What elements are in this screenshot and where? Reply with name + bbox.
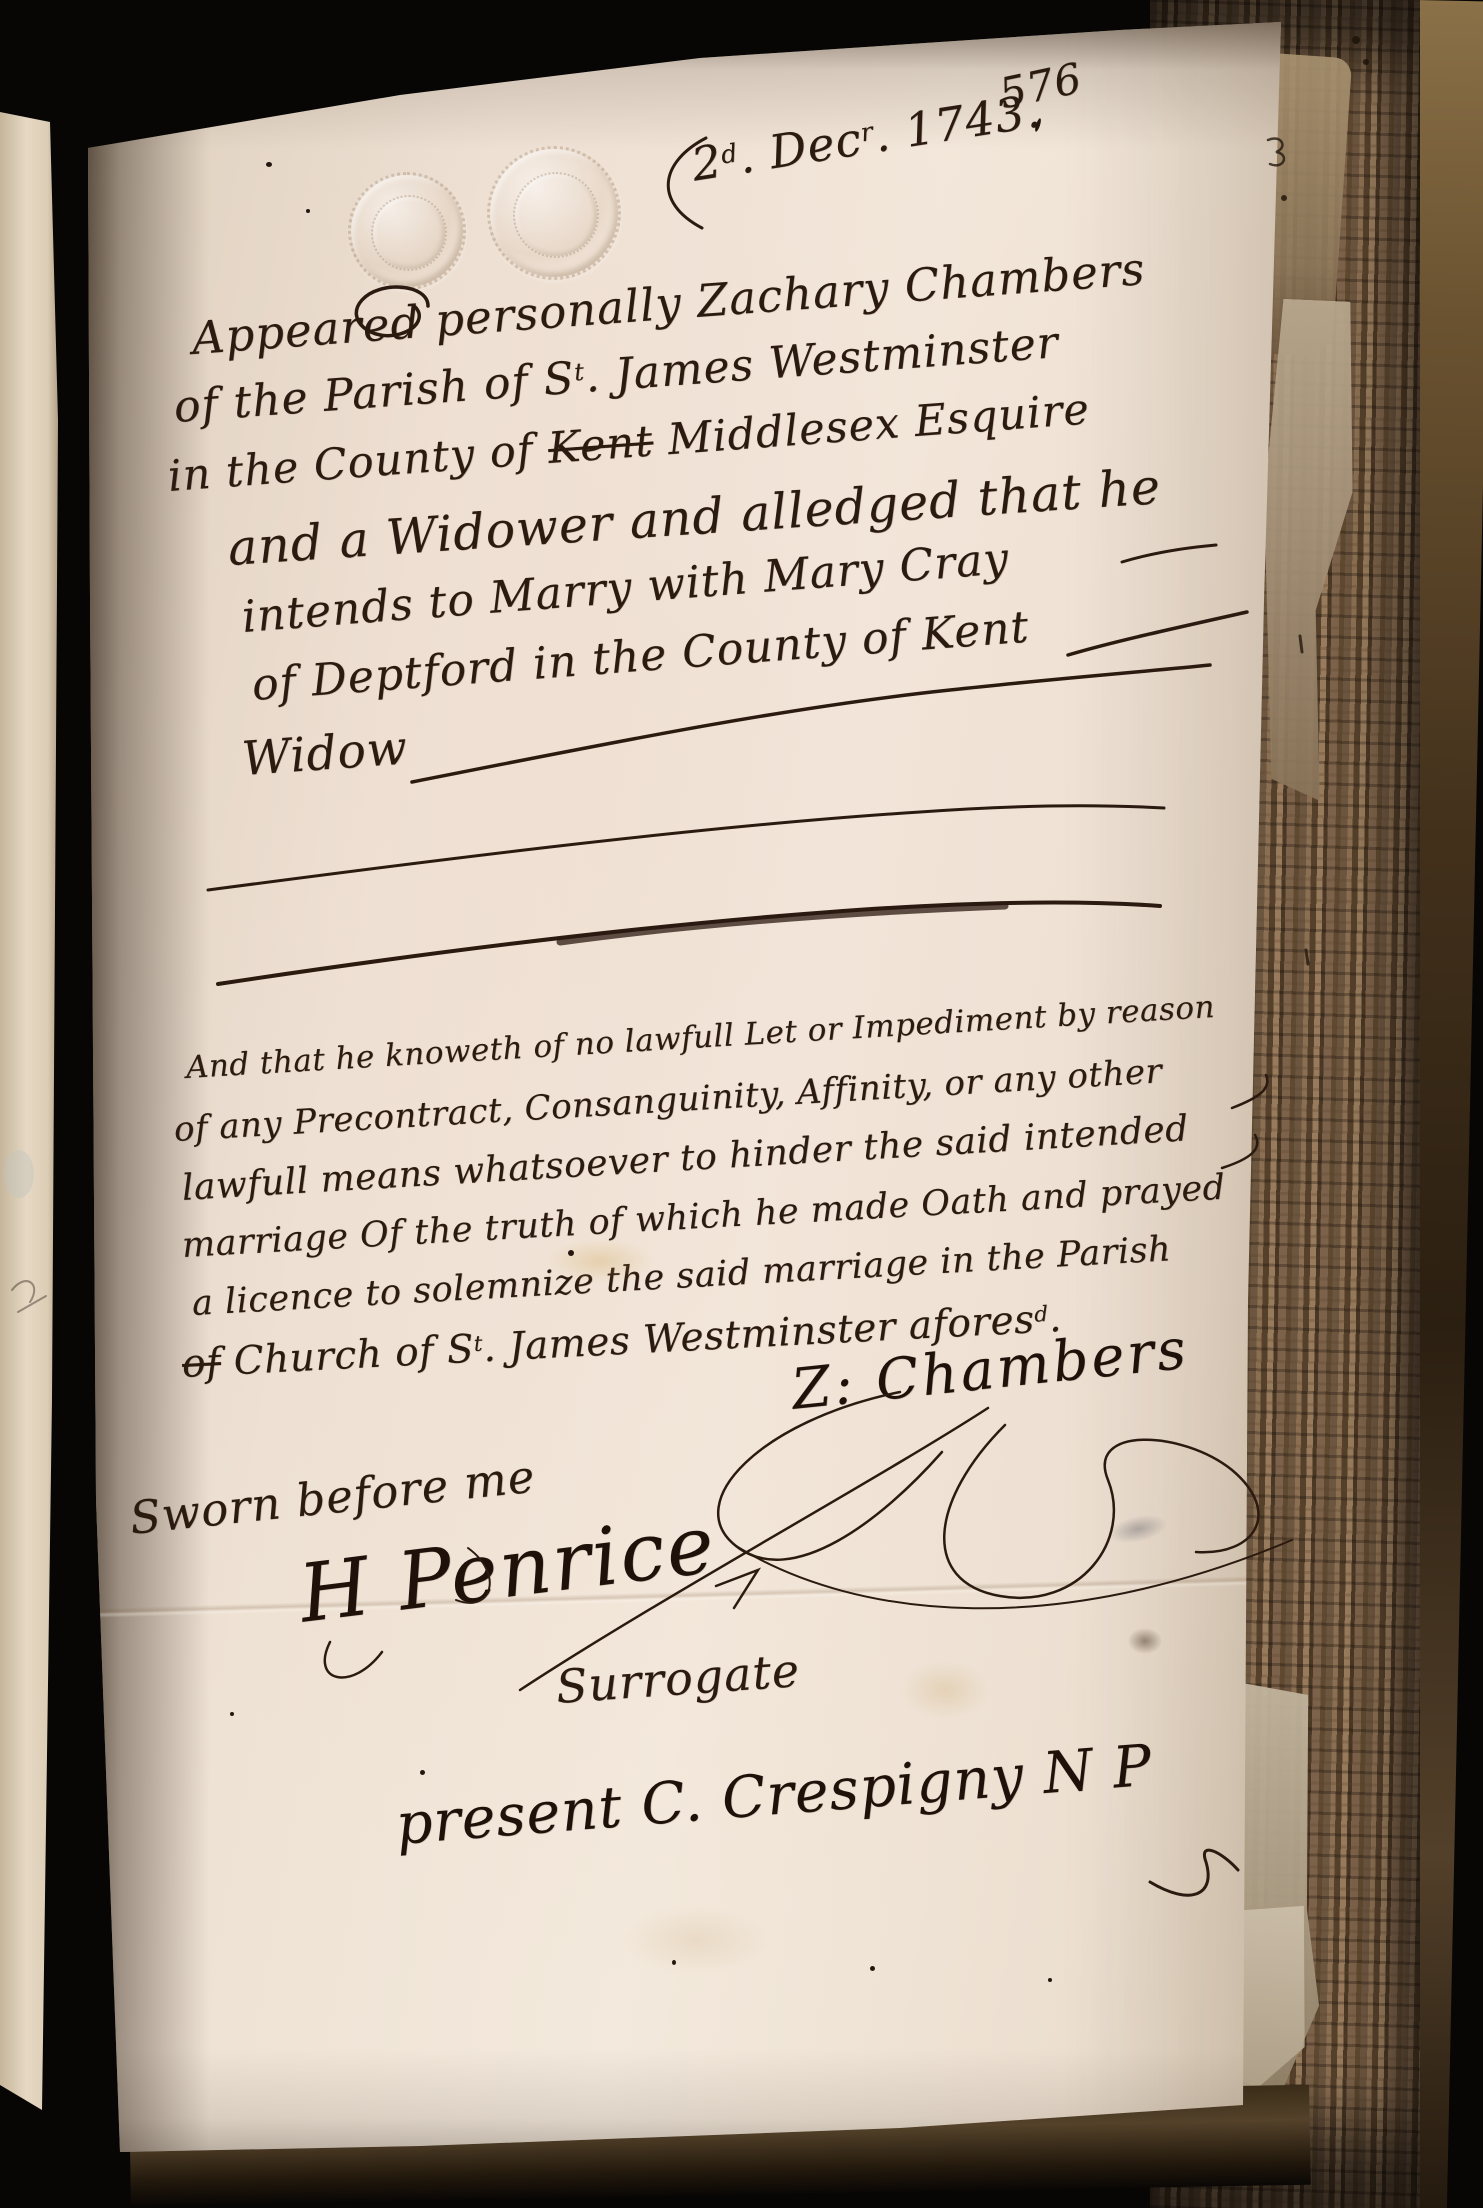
ink-speck	[568, 1250, 574, 1256]
ink-speck	[266, 162, 272, 167]
ink-speck	[672, 1960, 676, 1965]
foxing-stain	[900, 1660, 990, 1720]
ink-speck	[230, 1712, 234, 1716]
foxing-stain	[620, 1905, 770, 1975]
allegation-line-7: Widow	[240, 720, 410, 786]
text-segment: . Dec	[735, 111, 866, 184]
text-segment: Church of S	[220, 1327, 476, 1385]
facing-page-smudge	[4, 1150, 34, 1198]
ink-speck	[1048, 1978, 1052, 1982]
text-segment: Middlesex Esquire	[651, 384, 1091, 466]
ink-speck	[420, 1770, 425, 1775]
text-segment: of	[181, 1340, 222, 1387]
ink-smudge	[1106, 1510, 1170, 1548]
text-segment: in the County of	[166, 424, 550, 502]
embossed-seal-left	[348, 172, 466, 290]
seal-inner-ring	[371, 195, 447, 271]
text-segment: . 1743.	[870, 83, 1044, 163]
date-line: 2d. Decr. 1743.	[688, 83, 1045, 192]
surrogate-title: Surrogate	[554, 1643, 802, 1714]
embossed-seal-right	[487, 146, 621, 280]
ink-speck	[306, 209, 310, 213]
registrar-signature: present C. Crespigny N P	[393, 1733, 1154, 1858]
text-segment: Kent	[546, 416, 655, 474]
ink-speck	[870, 1966, 875, 1971]
manuscript-photo: 576 2d. Decr. 1743. Appeared personally …	[0, 0, 1483, 2208]
seal-inner-ring	[513, 172, 599, 258]
ink-blot	[1128, 1628, 1162, 1654]
text-segment: Widow	[240, 720, 410, 786]
text-segment: d	[1034, 1302, 1050, 1328]
text-segment: of the Parish of S	[172, 353, 576, 433]
facing-page-sliver	[0, 0, 70, 2208]
